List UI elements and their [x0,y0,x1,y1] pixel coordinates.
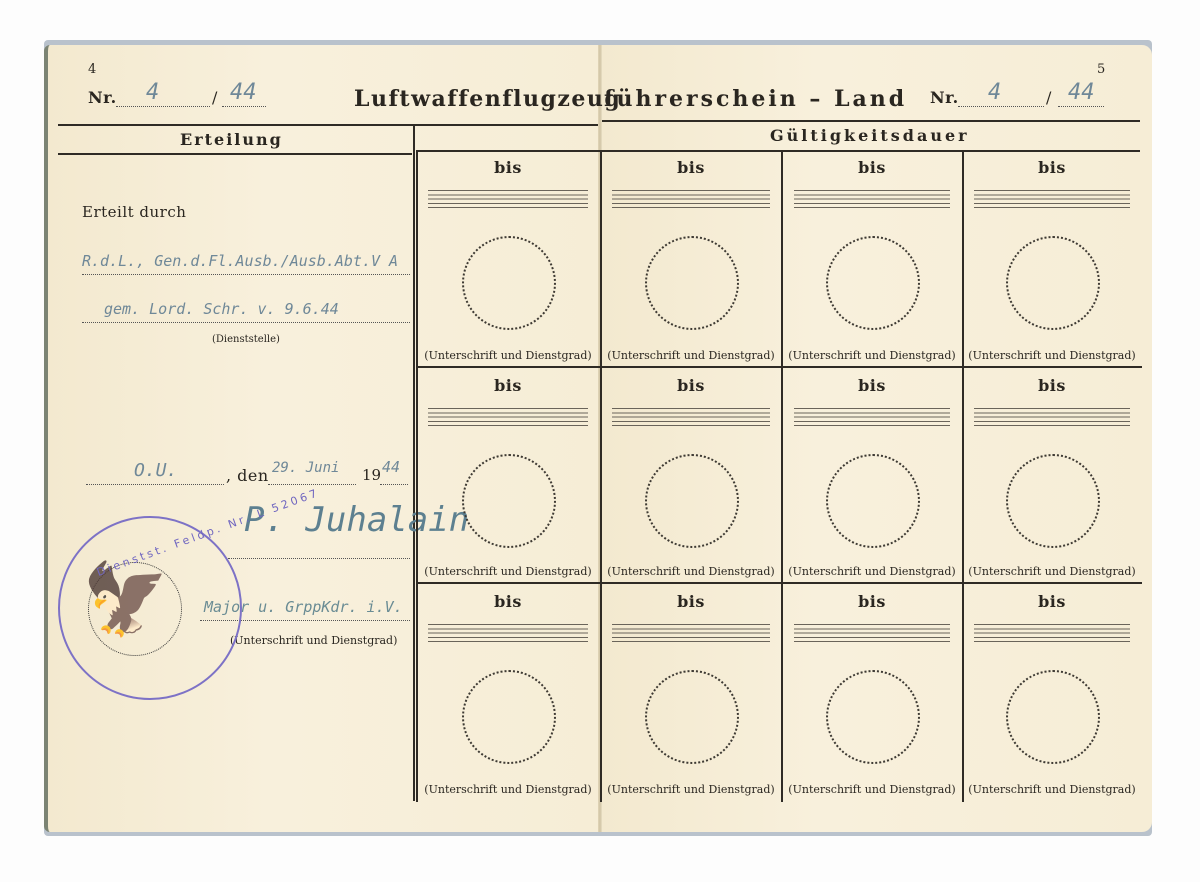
signature-caption: (Unterschrift und Dienstgrad) [784,349,960,362]
left-nr-year-field: 44 [222,84,266,107]
date-ruled-lines [974,190,1130,208]
signature-caption: (Unterschrift und Dienstgrad) [602,349,780,362]
place-value: O.U. [134,460,177,481]
date-ruled-lines [794,190,950,208]
stamp-circle-placeholder [826,454,920,548]
validity-cell: bis(Unterschrift und Dienstgrad) [602,586,780,800]
date-ruled-lines [428,190,588,208]
date-field: 29. Juni [268,462,356,485]
header-rule-left [58,124,598,126]
grid-row-divider [416,582,1142,584]
date-prefix: , den [226,466,269,485]
left-page-number: 4 [88,62,96,77]
stamp-circle-placeholder [1006,670,1100,764]
validity-cell: bis(Unterschrift und Dienstgrad) [602,370,780,582]
stamp-circle-placeholder [645,454,739,548]
issuer-text-1: R.d.L., Gen.d.Fl.Ausb./Ausb.Abt.V A [82,252,398,270]
signature-caption: (Unterschrift und Dienstgrad) [784,565,960,578]
validity-cell: bis(Unterschrift und Dienstgrad) [964,586,1140,800]
header-rule-right [602,120,1140,122]
year-field: 44 [380,462,408,485]
bis-label: bis [964,376,1140,395]
signature-caption: (Unterschrift und Dienstgrad) [964,783,1140,796]
dienststelle-caption: (Dienststelle) [212,334,280,345]
validity-cell: bis(Unterschrift und Dienstgrad) [964,370,1140,582]
grid-column-divider [781,152,783,802]
date-ruled-lines [794,408,950,426]
right-nr-field: 4 [958,84,1044,107]
validity-cell: bis(Unterschrift und Dienstgrad) [418,586,598,800]
left-nr-year: 44 [230,80,257,105]
left-page-divider [413,126,415,801]
validity-cell: bis(Unterschrift und Dienstgrad) [784,586,960,800]
issuer-line-1: R.d.L., Gen.d.Fl.Ausb./Ausb.Abt.V A [82,252,410,275]
left-nr-value: 4 [146,80,159,105]
validity-cell: bis(Unterschrift und Dienstgrad) [784,370,960,582]
right-nr-year-field: 44 [1058,84,1104,107]
stamp-circle-placeholder [645,670,739,764]
section-header-erteilung: Erteilung [180,130,283,149]
right-nr-year: 44 [1068,80,1095,105]
bis-label: bis [784,158,960,177]
stamp-circle-placeholder [462,454,556,548]
stamp-circle-placeholder [645,236,739,330]
bis-label: bis [418,158,598,177]
nr-separator: / [212,88,217,107]
date-ruled-lines [974,408,1130,426]
date-ruled-lines [974,624,1130,642]
stamp-circle-placeholder [826,236,920,330]
eagle-emblem-icon: 🦅 [82,558,169,641]
validity-cell: bis(Unterschrift und Dienstgrad) [784,152,960,366]
date-value: 29. Juni [272,460,339,476]
document-title-right: führerschein – Land [604,86,907,112]
issuer-text-2: gem. Lord. Schr. v. 9.6.44 [104,300,339,318]
stamp-circle-placeholder [826,670,920,764]
stamp-circle-placeholder [462,670,556,764]
bis-label: bis [602,158,780,177]
left-nr-label: Nr. [88,88,117,107]
signature-caption: (Unterschrift und Dienstgrad) [602,783,780,796]
signature-caption: (Unterschrift und Dienstgrad) [230,634,397,647]
erteilung-rule [58,153,412,155]
bis-label: bis [418,592,598,611]
signature-line [228,556,410,559]
signature-caption: (Unterschrift und Dienstgrad) [602,565,780,578]
grid-row-divider [416,366,1142,368]
date-ruled-lines [612,408,770,426]
section-header-gueltigkeitsdauer: Gültigkeitsdauer [770,126,970,145]
bis-label: bis [964,158,1140,177]
validity-cell: bis(Unterschrift und Dienstgrad) [418,370,598,582]
validity-cell: bis(Unterschrift und Dienstgrad) [602,152,780,366]
year-value: 44 [382,458,400,476]
bis-label: bis [418,376,598,395]
signature-caption: (Unterschrift und Dienstgrad) [418,783,598,796]
nr-separator: / [1046,88,1051,107]
year-prefix: 19 [362,466,381,484]
date-ruled-lines [612,624,770,642]
signature-caption: (Unterschrift und Dienstgrad) [418,349,598,362]
bis-label: bis [602,376,780,395]
place-field: O.U. [86,462,224,485]
date-ruled-lines [794,624,950,642]
right-nr-label: Nr. [930,88,959,107]
bis-label: bis [602,592,780,611]
right-page-number: 5 [1097,62,1105,77]
stamp-circle-placeholder [1006,236,1100,330]
signature-caption: (Unterschrift und Dienstgrad) [964,565,1140,578]
issued-by-label: Erteilt durch [82,203,186,221]
bis-label: bis [784,376,960,395]
date-ruled-lines [428,624,588,642]
official-stamp: 🦅 Dienstst. Feldp. Nr. L 52067 [58,516,242,700]
bis-label: bis [964,592,1140,611]
document-title-left: Luftwaffenflugzeug [354,86,621,112]
issuer-line-2: gem. Lord. Schr. v. 9.6.44 [82,300,410,323]
validity-cell: bis(Unterschrift und Dienstgrad) [418,152,598,366]
left-nr-field: 4 [116,84,210,107]
bis-label: bis [784,592,960,611]
signature-caption: (Unterschrift und Dienstgrad) [964,349,1140,362]
stamp-circle-placeholder [462,236,556,330]
right-nr-value: 4 [988,80,1001,105]
date-ruled-lines [612,190,770,208]
stamp-circle-placeholder [1006,454,1100,548]
signature-caption: (Unterschrift und Dienstgrad) [784,783,960,796]
validity-cell: bis(Unterschrift und Dienstgrad) [964,152,1140,366]
date-ruled-lines [428,408,588,426]
signature-caption: (Unterschrift und Dienstgrad) [418,565,598,578]
